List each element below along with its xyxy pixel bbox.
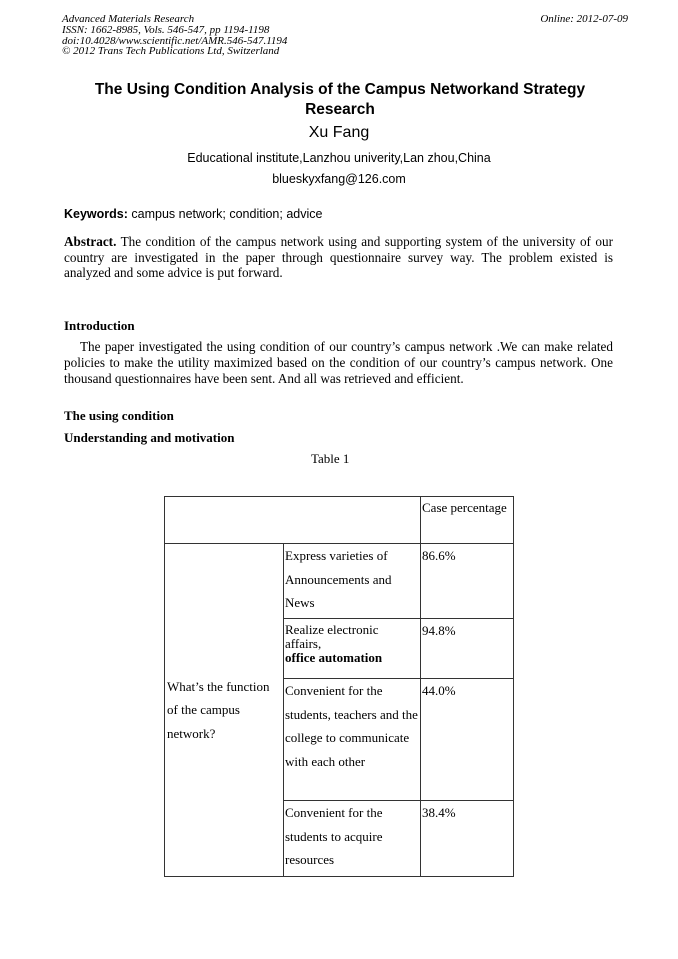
option-line: affairs, [285, 636, 321, 651]
author-name: Xu Fang [0, 124, 678, 142]
table-option-cell: Express varieties of Announcements and N… [284, 544, 421, 619]
paper-title: The Using Condition Analysis of the Camp… [70, 80, 610, 120]
author-affiliation: Educational institute,Lanzhou univerity,… [0, 151, 678, 165]
table-caption: Table 1 [311, 451, 349, 467]
keywords-label: Keywords: [64, 207, 128, 221]
table-percentage-cell: 94.8% [421, 619, 514, 679]
table-percentage-cell: 38.4% [421, 801, 514, 877]
keywords-text: campus network; condition; advice [128, 207, 323, 221]
author-email: blueskyxfang@126.com [0, 172, 678, 186]
table-header-case-percentage: Case percentage [421, 497, 514, 544]
table-percentage-cell: 44.0% [421, 679, 514, 801]
table-header-row: Case percentage [165, 497, 514, 544]
table-option-cell: Convenient for the students to acquire r… [284, 801, 421, 877]
online-date: Online: 2012-07-09 [540, 14, 628, 25]
table-row: What’s the function of the campus networ… [165, 544, 514, 619]
table-option-cell: Realize electronic affairs, office autom… [284, 619, 421, 679]
table-option-text: Realize electronic affairs, office autom… [285, 619, 419, 665]
table-header-blank [165, 497, 421, 544]
abstract-label: Abstract. [64, 234, 116, 249]
survey-table: Case percentage What’s the function of t… [164, 496, 514, 877]
keywords: Keywords: campus network; condition; adv… [64, 207, 322, 221]
introduction-paragraph: The paper investigated the using conditi… [64, 339, 613, 387]
subsection-heading-understanding: Understanding and motivation [64, 430, 234, 446]
table-option-cell: Convenient for the students, teachers an… [284, 679, 421, 801]
option-bold-line: office automation [285, 650, 382, 665]
abstract: Abstract. The condition of the campus ne… [64, 234, 613, 281]
copyright-line: © 2012 Trans Tech Publications Ltd, Swit… [62, 46, 287, 57]
table-percentage-cell: 86.6% [421, 544, 514, 619]
abstract-text: The condition of the campus network usin… [64, 234, 613, 280]
section-heading-introduction: Introduction [64, 318, 135, 334]
journal-metadata: Advanced Materials Research ISSN: 1662-8… [62, 14, 287, 57]
section-heading-using-condition: The using condition [64, 408, 174, 424]
table-question-cell: What’s the function of the campus networ… [165, 544, 284, 877]
option-line: Realize electronic [285, 622, 378, 637]
issn-line: ISSN: 1662-8985, Vols. 546-547, pp 1194-… [62, 25, 287, 36]
